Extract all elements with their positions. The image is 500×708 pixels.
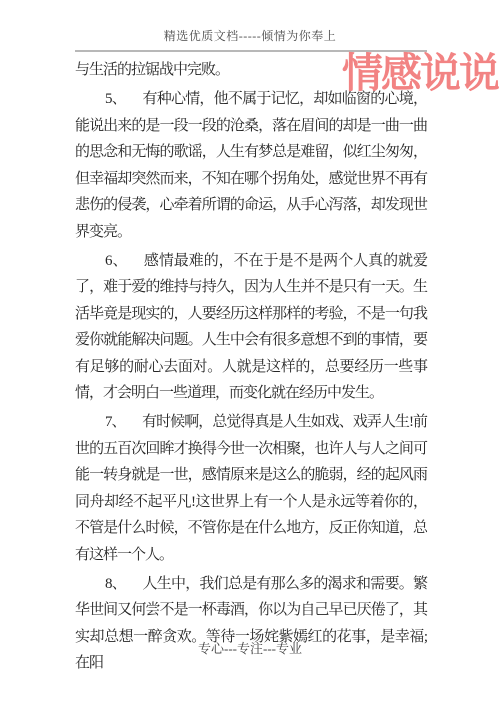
paragraph-7-text: 有时候啊，总觉得真是人生如戏、戏弄人生!前世的五百次回眸才换得今世一次相聚，也许…: [75, 414, 427, 563]
paragraph-7: 7、有时候啊，总觉得真是人生如戏、戏弄人生!前世的五百次回眸才换得今世一次相聚，…: [75, 409, 427, 568]
paragraph-6-number: 6、: [105, 253, 127, 269]
paragraph-8: 8、人生中，我们总是有那么多的渴求和需要。繁华世间又何尝不是一杯毒酒，你以为自己…: [75, 571, 427, 677]
paragraph-6-text: 感情最难的，不在于是不是两个人真的就爱了，难于爱的维持与持久，因为人生并不是只有…: [75, 253, 427, 402]
paragraph-8-number: 8、: [105, 576, 126, 592]
document-body: 与生活的拉锯战中完败。 5、有种心情，他不属于记忆，却如临窗的心境，能说出来的是…: [75, 57, 427, 679]
paragraph-8-text: 人生中，我们总是有那么多的渴求和需要。繁华世间又何尝不是一杯毒酒，你以为自己早已…: [75, 576, 427, 672]
watermark-qinggan-shuoshuo: 情感说说: [342, 53, 498, 94]
paragraph-5-text: 有种心情，他不属于记忆，却如临窗的心境，能说出来的是一段一段的沧桑，落在眉间的却…: [75, 91, 427, 240]
paragraph-5-number: 5、: [105, 91, 126, 107]
paragraph-7-number: 7、: [105, 414, 126, 430]
paragraph-6: 6、感情最难的，不在于是不是两个人真的就爱了，难于爱的维持与持久，因为人生并不是…: [75, 248, 427, 407]
document-header: 精选优质文档-----倾情为你奉上: [0, 27, 500, 44]
paragraph-5: 5、有种心情，他不属于记忆，却如临窗的心境，能说出来的是一段一段的沧桑，落在眉间…: [75, 86, 427, 245]
